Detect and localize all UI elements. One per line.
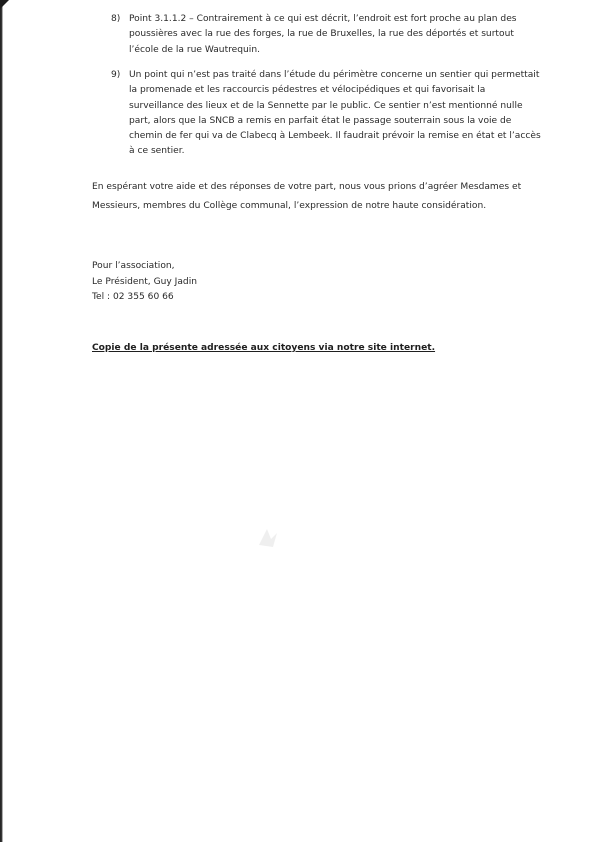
document-page: 8) Point 3.1.1.2 – Contrairement à ce qu… [0, 0, 595, 842]
signature-association: Pour l’association, [92, 259, 392, 275]
scan-edge [0, 0, 3, 842]
scan-corner [0, 0, 9, 9]
signature-president: Le Président, Guy Jadin [92, 275, 392, 291]
scan-artifact [255, 525, 281, 551]
list-item: 9) Un point qui n’est pas traité dans l’… [111, 68, 541, 160]
signature-phone: Tel : 02 355 60 66 [92, 290, 392, 306]
closing-paragraph: En espérant votre aide et des réponses d… [92, 178, 542, 216]
list-item-number: 9) [111, 68, 120, 83]
list-item: 8) Point 3.1.1.2 – Contrairement à ce qu… [111, 12, 541, 58]
signature-block: Pour l’association, Le Président, Guy Ja… [92, 259, 392, 306]
list-item-text: Point 3.1.1.2 – Contrairement à ce qui e… [129, 12, 541, 58]
list-item-number: 8) [111, 12, 120, 27]
list-item-text: Un point qui n’est pas traité dans l’étu… [129, 68, 541, 160]
copy-note: Copie de la présente adressée aux citoye… [92, 343, 435, 353]
